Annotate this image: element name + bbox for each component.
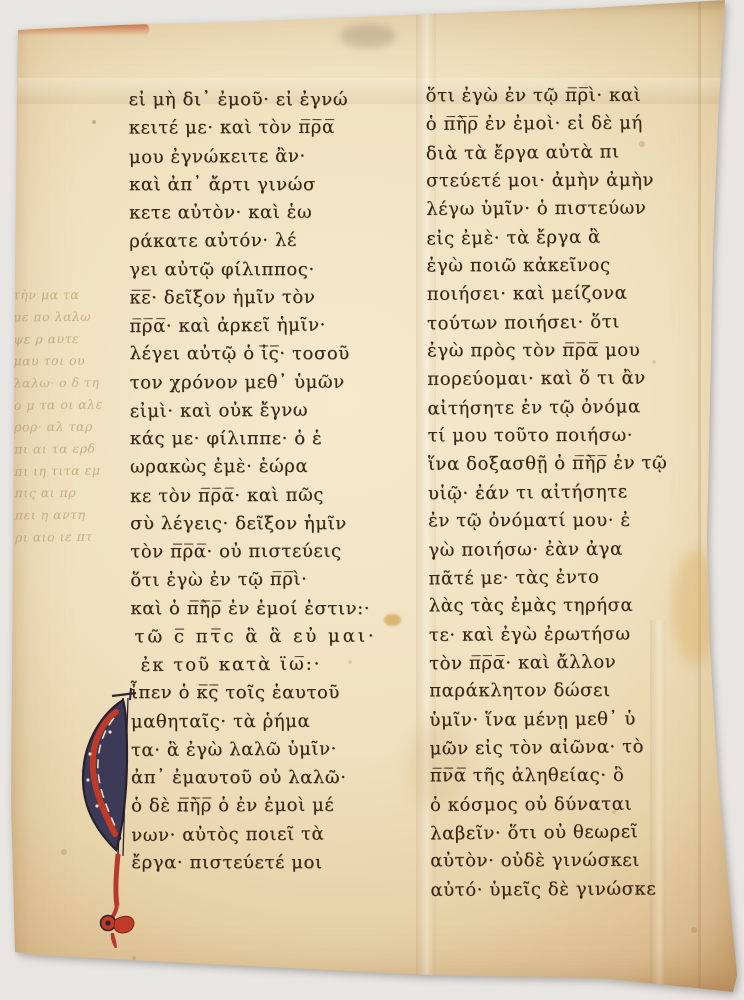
manuscript-line: εἰς ἐμὲ· τὰ ἔργα ἃ xyxy=(426,222,696,253)
manuscript-line: λὰς τὰς ἐμὰς τηρήσα xyxy=(429,592,699,621)
manuscript-line: ἐγὼ πρὸς τὸν π̅ρ̅α̅ μου xyxy=(427,337,697,366)
manuscript-line: ὑμῖν· ἵνα μένῃ μεθ᾽ ὑ xyxy=(429,705,699,735)
manuscript-line: κετε αὐτὸν· καὶ ἑω xyxy=(129,199,397,228)
manuscript-line: μαθηταῖς· τὰ ῥήμα xyxy=(131,707,399,736)
manuscript-line: διὰ τὰ ἔργα αὐτὰ πι xyxy=(426,137,696,168)
manuscript-leaf-wrapper: τὴν μα ταμε πο λαλωψε ρ αυτεμαυ τοι ουλα… xyxy=(0,0,744,1000)
manuscript-line: σὺ λέγεις· δεῖξον ἡμῖν xyxy=(130,510,398,538)
marginal-gloss-line: ο μ τα οι αλε xyxy=(14,393,128,416)
manuscript-line: μου ἐγνώκειτε ἂν· xyxy=(129,141,397,171)
text-column-left: εἰ μὴ δι᾽ ἐμοῦ· εἰ ἐγνώκειτέ με· καὶ τὸν… xyxy=(129,86,400,878)
marginal-gloss-line: τὴν μα τα xyxy=(13,284,127,307)
manuscript-line: τον χρόνον μεθ᾽ ὑμῶν xyxy=(130,368,398,397)
manuscript-line: ἀπ᾽ ἐμαυτοῦ οὐ λαλῶ· xyxy=(131,764,399,792)
manuscript-line: μῶν εἰς τὸν αἰῶνα· τὸ xyxy=(429,732,699,763)
manuscript-line: τα· ἃ ἐγὼ λαλῶ ὑμῖν· xyxy=(131,735,399,765)
photo-background: τὴν μα ταμε πο λαλωψε ρ αυτεμαυ τοι ουλα… xyxy=(0,0,744,1000)
manuscript-line: ὁ π̅ὴ̅ρ̅ ἐν ἐμοὶ· εἰ δὲ μή xyxy=(426,110,696,140)
manuscript-line: αὐτὸν· οὐδὲ γινώσκει xyxy=(430,847,700,876)
manuscript-line: ράκατε αὐτόν· λέ xyxy=(129,226,397,256)
marginal-gloss-line: ρι αιο ιε πτ xyxy=(15,525,129,548)
marginal-gloss-line: μαυ τοι ου xyxy=(13,350,127,373)
red-edge-stain xyxy=(14,23,149,36)
marginal-gloss-line: με πο λαλω xyxy=(13,306,127,329)
manuscript-line: τί μου τοῦτο ποιήσω· xyxy=(428,422,698,451)
manuscript-line: κειτέ με· καὶ τὸν π̅ρ̅α̅ xyxy=(129,114,397,143)
manuscript-line: καὶ ἀπ᾽ ἄρτι γινώσ xyxy=(129,171,397,199)
manuscript-line: γὼ ποιήσω· ἐὰν ἀγα xyxy=(428,535,698,565)
manuscript-line: νων· αὐτὸς ποιεῖ τὰ xyxy=(131,819,399,849)
top-smudge-stain xyxy=(340,24,396,48)
marginal-gloss-line: ψε ρ αυτε xyxy=(13,327,127,350)
text-column-right: ὅτι ἐγὼ ἐν τῷ π̅ρ̅ὶ· καὶὁ π̅ὴ̅ρ̅ ἐν ἐμοὶ… xyxy=(425,81,700,905)
manuscript-line: ἵνα δοξασθῇ ὁ π̅ὴ̅ρ̅ ἐν τῷ xyxy=(428,450,698,480)
manuscript-line: ἔργα· πιστεύετέ μοι xyxy=(131,849,399,877)
marginal-gloss-line: ρορ· αλ ταρ xyxy=(14,416,128,439)
manuscript-line: εἰ μὴ δι᾽ ἐμοῦ· εἰ ἐγνώ xyxy=(129,86,397,114)
manuscript-line: στεύετέ μοι· ἀμὴν ἀμὴν xyxy=(426,167,696,196)
manuscript-line: ἐν τῷ ὀνόματί μου· ἐ xyxy=(428,507,698,536)
manuscript-line: αἰτήσητε ἐν τῷ ὀνόμα xyxy=(427,392,697,423)
orange-corner-stain xyxy=(25,12,57,32)
manuscript-line: αὐτό· ὑμεῖς δὲ γινώσκε xyxy=(430,875,700,905)
manuscript-line: υἱῷ· ἐάν τι αἰτήσητε xyxy=(428,477,698,508)
manuscript-line: ωρακὼς ἐμὲ· ἑώρα xyxy=(130,453,398,482)
manuscript-line: εἰμὶ· καὶ οὐκ ἔγνω xyxy=(130,396,398,426)
manuscript-line: π̅ν̅α̅ τῆς ἀληθείας· ὃ xyxy=(430,762,700,791)
manuscript-line: ποιήσει· καὶ μείζονα xyxy=(427,280,697,310)
manuscript-line: ὅτι ἐγὼ ἐν τῷ π̅ρ̅ὶ· xyxy=(130,565,398,595)
manuscript-line: τῶ ϲ̅ πτ̅ϲ ἃ ἃ εὐ μαι· xyxy=(130,622,398,651)
marginal-gloss-line: λαλω· ο δ τη xyxy=(14,372,128,395)
manuscript-line: τούτων ποιήσει· ὅτι xyxy=(427,307,697,338)
manuscript-line: γει αὐτῷ φίλιππος· xyxy=(129,256,397,284)
manuscript-line: ἶπεν ὁ κ̅ς̅ τοῖς ἑαυτοῦ xyxy=(131,679,399,707)
marginal-gloss-line: πει η αντη xyxy=(15,503,129,526)
manuscript-line: τὸν π̅ρ̅α̅· οὐ πιστεύεις xyxy=(130,538,398,567)
manuscript-line: τε· καὶ ἐγὼ ἐρωτήσω xyxy=(429,620,699,650)
manuscript-line: ὁ κόσμος οὐ δύναται xyxy=(430,790,700,820)
manuscript-line: λέγει αὐτῷ ὁ ἰ̅ς̅· τοσοῦ xyxy=(130,340,398,368)
manuscript-line: ἐγὼ ποιῶ κἀκεῖνος xyxy=(427,252,697,281)
parchment-freckles xyxy=(92,120,96,124)
manuscript-line: κ̅ε̅· δεῖξον ἡμῖν τὸν xyxy=(129,283,397,312)
manuscript-line: παράκλητον δώσει xyxy=(429,677,699,706)
marginal-gloss-line: πις αι πρ xyxy=(15,482,129,505)
manuscript-line: κε τὸν π̅ρ̅α̅· καὶ πῶς xyxy=(130,480,398,510)
parchment-leaf: τὴν μα ταμε πο λαλωψε ρ αυτεμαυ τοι ουλα… xyxy=(0,0,744,1000)
manuscript-line: ὁ δὲ π̅ὴ̅ρ̅ ὁ ἐν ἐμοὶ μέ xyxy=(131,792,399,821)
manuscript-line: πορεύομαι· καὶ ὅ τι ἂν xyxy=(427,365,697,395)
manuscript-line: λέγω ὑμῖν· ὁ πιστεύων xyxy=(426,195,696,225)
marginal-gloss: τὴν μα ταμε πο λαλωψε ρ αυτεμαυ τοι ουλα… xyxy=(13,284,129,549)
manuscript-line: λαβεῖν· ὅτι οὐ θεωρεῖ xyxy=(430,818,700,849)
marginal-gloss-line: πι ιη τιτα εμ xyxy=(14,459,128,482)
manuscript-line: τὸν π̅ρ̅α̅· καὶ ἄλλον xyxy=(429,647,699,678)
manuscript-line: πᾶτέ με· τὰς ἐντο xyxy=(428,562,698,593)
manuscript-line: καὶ ὁ π̅ὴ̅ρ̅ ἐν ἐμοί ἐστιν:· xyxy=(130,594,398,622)
manuscript-line: κάς με· φίλιππε· ὁ ἑ xyxy=(130,425,398,453)
manuscript-line: ἐκ τοῦ κατὰ ϊω̅:· xyxy=(131,650,399,680)
manuscript-line: ὅτι ἐγὼ ἐν τῷ π̅ρ̅ὶ· καὶ xyxy=(426,82,696,111)
marginal-gloss-line: πι αι τα ερδ xyxy=(14,438,128,461)
manuscript-line: π̅ρ̅α̅· καὶ ἀρκεῖ ἡμῖν· xyxy=(129,311,397,341)
